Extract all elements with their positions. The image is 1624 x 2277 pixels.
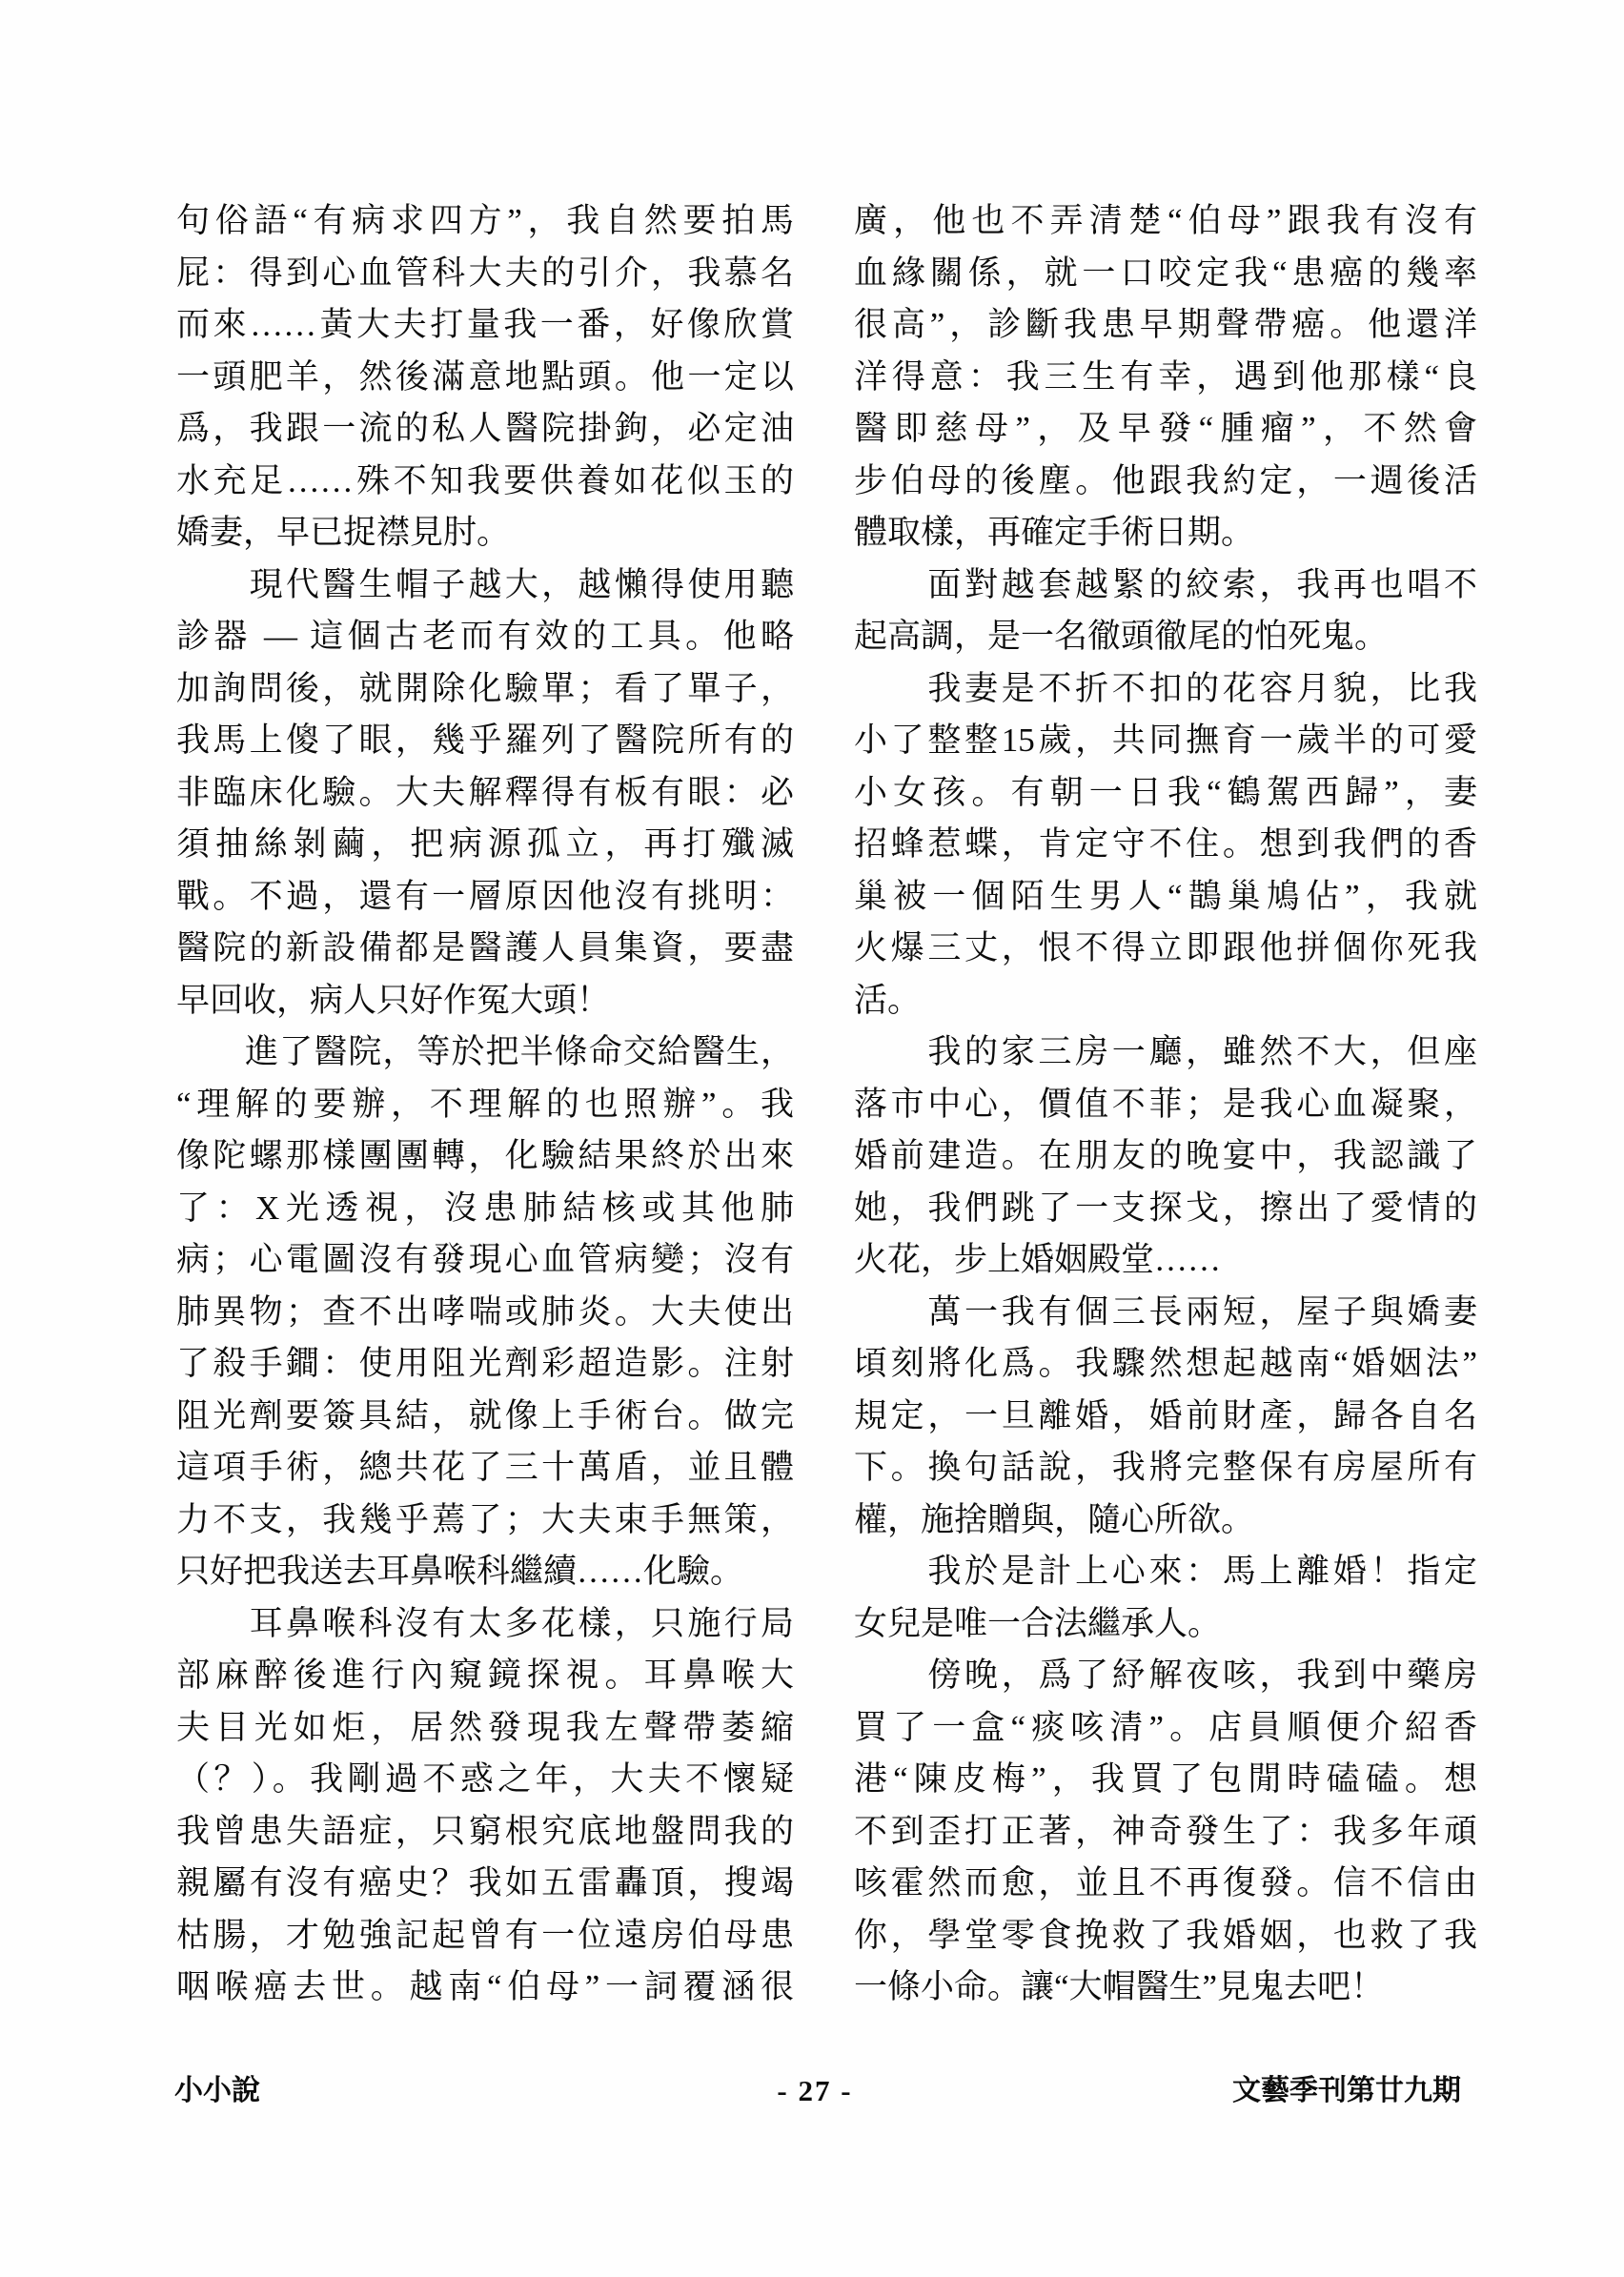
text-line: 買了一盒“痰咳清”。店員順便介紹香	[854, 1702, 1477, 1755]
text-line: （？）。我剛過不惑之年，大夫不懷疑	[176, 1754, 794, 1806]
text-line: 不到歪打正著，神奇發生了：我多年頑	[854, 1806, 1477, 1859]
text-line: 醫院的新設備都是醫護人員集資，要盡	[176, 923, 794, 975]
text-line: 進了醫院，等於把半條命交給醫生，	[176, 1027, 794, 1079]
text-line: 阻光劑要簽具結，就像上手術台。做完	[176, 1391, 794, 1443]
text-line: 傍晚，爲了紓解夜咳，我到中藥房	[854, 1650, 1477, 1702]
text-line: 早回收，病人只好作冤大頭！	[176, 975, 794, 1027]
text-line: 嬌妻，早已捉襟見肘。	[176, 507, 794, 559]
text-line: 女兒是唯一合法繼承人。	[854, 1598, 1477, 1651]
text-line: 部麻醉後進行內窺鏡探視。耳鼻喉大	[176, 1650, 794, 1702]
text-line: 很高”，診斷我患早期聲帶癌。他還洋	[854, 299, 1477, 352]
text-line: 血緣關係，就一口咬定我“患癌的幾率	[854, 248, 1477, 300]
text-line: 一條小命。讓“大帽醫生”見鬼去吧！	[854, 1962, 1477, 2014]
text-line: 咽喉癌去世。越南“伯母”一詞覆涵很	[176, 1962, 794, 2014]
text-line: 廣，他也不弄清楚“伯母”跟我有沒有	[854, 195, 1477, 248]
footer-section-label: 小小說	[174, 2070, 260, 2112]
text-line: 耳鼻喉科沒有太多花樣，只施行局	[176, 1598, 794, 1651]
text-line: 爲，我跟一流的私人醫院掛鉤，必定油	[176, 403, 794, 456]
text-line: 咳霍然而愈，並且不再復發。信不信由	[854, 1858, 1477, 1910]
text-line: 一頭肥羊，然後滿意地點頭。他一定以	[176, 352, 794, 404]
text-line: 落市中心，價值不菲；是我心血凝聚，	[854, 1079, 1477, 1131]
text-line: 了：X光透視，沒患肺結核或其他肺	[176, 1183, 794, 1235]
text-line: 頃刻將化爲。我驟然想起越南“婚姻法”	[854, 1338, 1477, 1391]
text-line: 規定，一旦離婚，婚前財產，歸各自名	[854, 1391, 1477, 1443]
text-line: 水充足……殊不知我要供養如花似玉的	[176, 456, 794, 508]
text-line: 診器 — 這個古老而有效的工具。他略	[176, 611, 794, 663]
text-line: 我曾患失語症，只窮根究底地盤問我的	[176, 1806, 794, 1859]
text-line: 我的家三房一廳，雖然不大，但座	[854, 1027, 1477, 1079]
text-line: 句俗語“有病求四方”，我自然要拍馬	[176, 195, 794, 248]
footer-page-number: - 27 -	[777, 2070, 852, 2112]
text-line: 夫目光如炬，居然發現我左聲帶萎縮	[176, 1702, 794, 1755]
text-line: 火花，步上婚姻殿堂……	[854, 1234, 1477, 1287]
page-footer: 小小說 - 27 - 文藝季刊第廿九期	[0, 2070, 1624, 2112]
text-column-right: 廣，他也不弄清楚“伯母”跟我有沒有血緣關係，就一口咬定我“患癌的幾率很高”，診斷…	[854, 195, 1477, 2014]
text-line: 屁：得到心血管科大夫的引介，我慕名	[176, 248, 794, 300]
text-line: 現代醫生帽子越大，越懶得使用聽	[176, 559, 794, 612]
text-line: 病；心電圖沒有發現心血管病變；沒有	[176, 1234, 794, 1287]
text-line: 而來……黃大夫打量我一番，好像欣賞	[176, 299, 794, 352]
text-line: 這項手術，總共花了三十萬盾，並且體	[176, 1442, 794, 1494]
text-line: 我妻是不折不扣的花容月貌，比我	[854, 663, 1477, 716]
text-line: 須抽絲剝繭，把病源孤立，再打殲滅	[176, 819, 794, 871]
text-line: 像陀螺那樣團團轉，化驗結果終於出來	[176, 1130, 794, 1183]
text-line: 港“陳皮梅”，我買了包閒時磕磕。想	[854, 1754, 1477, 1806]
text-line: 肺異物；查不出哮喘或肺炎。大夫使出	[176, 1287, 794, 1339]
text-line: 加詢問後，就開除化驗單；看了單子，	[176, 663, 794, 716]
text-column-left: 句俗語“有病求四方”，我自然要拍馬屁：得到心血管科大夫的引介，我慕名而來……黃大…	[176, 195, 794, 2014]
text-line: 戰。不過，還有一層原因他沒有挑明：	[176, 871, 794, 924]
text-line: 我馬上傻了眼，幾乎羅列了醫院所有的	[176, 715, 794, 767]
text-line: 洋得意：我三生有幸，遇到他那樣“良	[854, 352, 1477, 404]
text-line: 枯腸，才勉強記起曾有一位遠房伯母患	[176, 1910, 794, 1962]
text-line: 醫即慈母”，及早發“腫瘤”，不然會	[854, 403, 1477, 456]
text-line: “理解的要辦，不理解的也照辦”。我	[176, 1079, 794, 1131]
text-line: 我於是計上心來：馬上離婚！指定	[854, 1546, 1477, 1598]
text-line: 體取樣，再確定手術日期。	[854, 507, 1477, 559]
text-line: 了殺手鐧：使用阻光劑彩超造影。注射	[176, 1338, 794, 1391]
magazine-page: 句俗語“有病求四方”，我自然要拍馬屁：得到心血管科大夫的引介，我慕名而來……黃大…	[0, 0, 1624, 2277]
text-line: 非臨床化驗。大夫解釋得有板有眼：必	[176, 767, 794, 820]
text-line: 你，學堂零食挽救了我婚姻，也救了我	[854, 1910, 1477, 1962]
text-line: 下。換句話說，我將完整保有房屋所有	[854, 1442, 1477, 1494]
text-line: 招蜂惹蝶，肯定守不住。想到我們的香	[854, 819, 1477, 871]
text-line: 婚前建造。在朋友的晚宴中，我認識了	[854, 1130, 1477, 1183]
text-line: 活。	[854, 975, 1477, 1027]
text-line: 小女孩。有朝一日我“鶴駕西歸”，妻	[854, 767, 1477, 820]
text-line: 她，我們跳了一支探戈，擦出了愛情的	[854, 1183, 1477, 1235]
text-line: 只好把我送去耳鼻喉科繼續……化驗。	[176, 1546, 794, 1598]
text-line: 起高調，是一名徹頭徹尾的怕死鬼。	[854, 611, 1477, 663]
text-line: 火爆三丈，恨不得立即跟他拼個你死我	[854, 923, 1477, 975]
text-line: 小了整整15歲，共同撫育一歲半的可愛	[854, 715, 1477, 767]
text-line: 步伯母的後塵。他跟我約定，一週後活	[854, 456, 1477, 508]
footer-publication-title: 文藝季刊第廿九期	[1232, 2070, 1461, 2112]
text-line: 萬一我有個三長兩短，屋子與嬌妻	[854, 1287, 1477, 1339]
text-line: 面對越套越緊的絞索，我再也唱不	[854, 559, 1477, 612]
text-line: 權，施捨贈與，隨心所欲。	[854, 1494, 1477, 1547]
text-line: 親屬有沒有癌史？我如五雷轟頂，搜竭	[176, 1858, 794, 1910]
text-line: 力不支，我幾乎蔫了；大夫束手無策，	[176, 1494, 794, 1547]
text-line: 巢被一個陌生男人“鵲巢鳩佔”，我就	[854, 871, 1477, 924]
